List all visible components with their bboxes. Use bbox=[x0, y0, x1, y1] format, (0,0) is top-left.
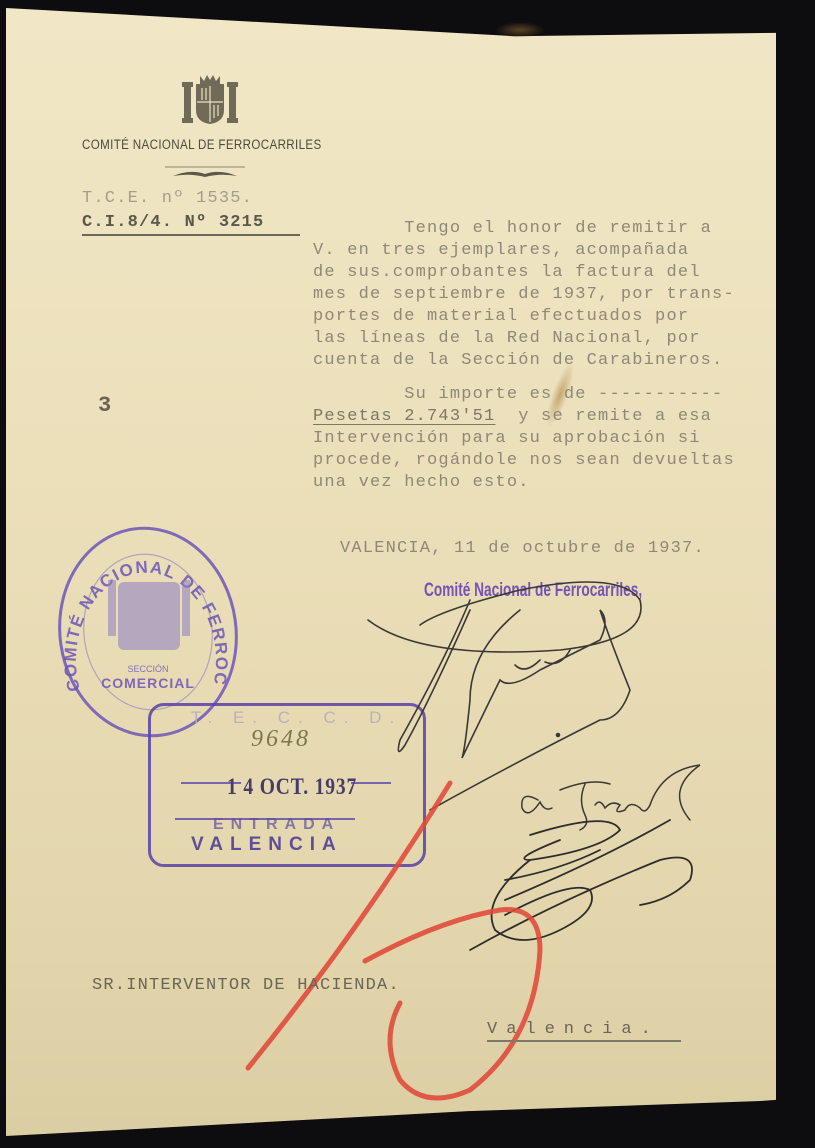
addressee-line: SR.INTERVENTOR DE HACIENDA. bbox=[92, 975, 400, 997]
letter-body: Tengo el honor de remitir a V. en tres e… bbox=[313, 218, 735, 494]
paper-tear-mark bbox=[495, 22, 545, 38]
body-line: de sus.comprobantes la factura del bbox=[313, 262, 735, 284]
body-line: Tengo el honor de remitir a bbox=[313, 218, 735, 240]
stamp-date: 1 4 OCT. 1937 bbox=[227, 774, 357, 800]
body-line: cuenta de la Sección de Carabineros. bbox=[313, 350, 735, 372]
flourish-ornament-icon bbox=[165, 164, 245, 182]
addressee-city: Valencia. bbox=[487, 1019, 660, 1041]
coat-of-arms-icon bbox=[180, 72, 240, 128]
body-line: portes de material efectuados por bbox=[313, 306, 735, 328]
svg-text:COMERCIAL: COMERCIAL bbox=[101, 675, 195, 691]
body-line: Intervención para su aprobación si bbox=[313, 428, 735, 450]
stamp-valencia: VALENCIA bbox=[191, 834, 343, 856]
body-line: procede, rogándole nos sean devueltas bbox=[313, 450, 735, 472]
body-line: V. en tres ejemplares, acompañada bbox=[313, 240, 735, 262]
city-underline bbox=[487, 1040, 681, 1042]
registration-number: 9648 bbox=[251, 726, 311, 753]
body-line: Su importe es de ----------- bbox=[313, 384, 735, 406]
body-line: una vez hecho esto. bbox=[313, 472, 735, 494]
paragraph-gap bbox=[313, 372, 735, 384]
dateline: VALENCIA, 11 de octubre de 1937. bbox=[340, 538, 705, 560]
stamp-entrada: ENTRADA bbox=[213, 816, 340, 834]
organization-letterhead: COMITÉ NACIONAL DE FERROCARRILES bbox=[82, 137, 299, 152]
committee-signature-stamp: Comité Nacional de Ferrocarriles, bbox=[424, 580, 642, 602]
amount-pesetas: Pesetas 2.743'51 bbox=[313, 407, 495, 426]
reference-ci: C.I.8/4. Nº 3215 bbox=[82, 212, 264, 234]
entry-date-stamp: T. E. C. C. D. 9648 1 4 OCT. 1937 ENTRAD… bbox=[148, 703, 426, 867]
svg-text:SECCIÓN: SECCIÓN bbox=[127, 664, 168, 674]
reference-tce: T.C.E. nº 1535. bbox=[82, 188, 253, 210]
amount-line: Pesetas 2.743'51 y se remite a esa bbox=[313, 406, 735, 428]
reference-underline bbox=[82, 234, 300, 236]
margin-mark: 3 bbox=[98, 395, 112, 417]
body-line: las líneas de la Red Nacional, por bbox=[313, 328, 735, 350]
body-line: mes de septiembre de 1937, por trans- bbox=[313, 284, 735, 306]
body-line-rest: y se remite a esa bbox=[495, 407, 712, 426]
stamp-ghost-text: T. E. C. C. D. bbox=[191, 708, 402, 728]
